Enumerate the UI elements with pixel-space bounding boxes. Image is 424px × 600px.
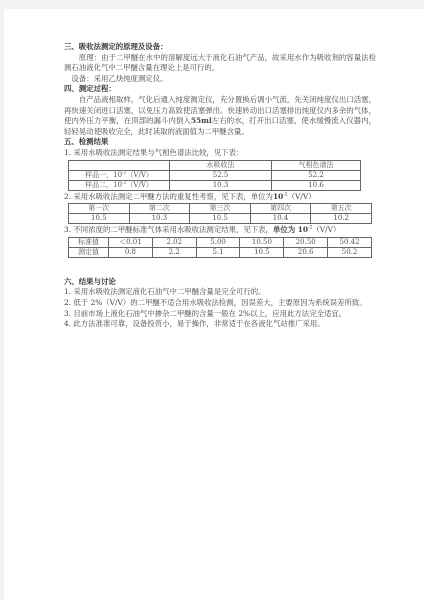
table-cell: ＜0.01 (109, 237, 153, 247)
table-cell: 10.6 (272, 180, 361, 190)
section-heading-4: 四、测定过程： (64, 84, 376, 95)
row-label: 样品一，10-2（V/V） (69, 170, 170, 180)
standard-gas-table: 标准值 ＜0.01 2.02 5.00 10.50 20.50 50.42 测定… (68, 237, 372, 258)
table-row: 样品一，10-2（V/V） 52.5 52.2 (69, 170, 361, 180)
table-header-row: 水吸收法 气相色谱法 (69, 160, 361, 170)
table-cell: 第二次 (129, 204, 190, 214)
table-cell: 10.2 (311, 214, 372, 224)
document-page: 三、吸收法测定的原理及设备： 原理：由于二甲醚在水中的溶解度远大于液化石油气产品… (4, 9, 424, 600)
section-heading-6: 六、结果与讨论 (64, 277, 376, 288)
table-row: 10.5 10.3 10.5 10.4 10.2 (69, 214, 372, 224)
equipment-paragraph: 设备：采用乙炔纯度测定仪。 (64, 74, 376, 85)
section-heading-5: 五、检测结果 (64, 137, 376, 148)
table-cell: 10.4 (250, 214, 311, 224)
conclusion-item-1: 1. 采用水吸收法测定液化石油气中二甲醚含量是完全可行的。 (64, 287, 376, 298)
table-cell: 5.1 (196, 247, 240, 257)
repeatability-table: 第一次 第二次 第三次 第四次 第五次 10.5 10.3 10.5 10.4 … (68, 203, 372, 224)
row-label: 样品二，10-2（V/V） (69, 180, 170, 190)
comparison-table: 水吸收法 气相色谱法 样品一，10-2（V/V） 52.5 52.2 样品二，1… (68, 160, 361, 191)
table-cell: 20.6 (284, 247, 328, 257)
table-cell: 20.50 (284, 237, 328, 247)
table-header-row: 第一次 第二次 第三次 第四次 第五次 (69, 204, 372, 214)
section-heading-3: 三、吸收法测定的原理及设备： (64, 42, 376, 53)
procedure-paragraph: 自产品液相取样，气化后通入纯度测定仪，充分置换后调小气流，先关闭纯度仪出口活塞，… (64, 95, 376, 137)
table-cell: 50.42 (328, 237, 372, 247)
table-cell: 2.02 (152, 237, 196, 247)
table-cell: 50.2 (328, 247, 372, 257)
spacer (64, 259, 376, 277)
result-item-2: 2. 采用水吸收法测定二甲醚方法的重复性考察，见下表，单位为10-2（V/V） (64, 192, 376, 203)
table-cell: 10.5 (190, 214, 251, 224)
table-cell: 气相色谱法 (272, 160, 361, 170)
table-cell: 0.8 (109, 247, 153, 257)
table-cell: 2.2 (152, 247, 196, 257)
table-row: 测定值 0.8 2.2 5.1 10.5 20.6 50.2 (69, 247, 372, 257)
table-cell: 52.5 (170, 170, 272, 180)
result-item-3: 3. 不同浓度的二甲醚标准气体采用水吸收法测定结果，见下表，单位为 10-2（V… (64, 225, 376, 236)
document-content: 三、吸收法测定的原理及设备： 原理：由于二甲醚在水中的溶解度远大于液化石油气产品… (64, 42, 376, 330)
procedure-volume: 55ml (191, 116, 212, 125)
table-cell: 52.2 (272, 170, 361, 180)
row-label: 测定值 (69, 247, 109, 257)
table-cell: 10.5 (240, 247, 284, 257)
table-cell: 5.00 (196, 237, 240, 247)
table-cell: 10.3 (170, 180, 272, 190)
row-label: 标准值 (69, 237, 109, 247)
table-cell: 10.3 (129, 214, 190, 224)
table-cell: 10.5 (69, 214, 130, 224)
principle-paragraph: 原理：由于二甲醚在水中的溶解度远大于液化石油气产品，故采用水作为吸收剂的容量法检… (64, 53, 376, 74)
table-cell: 第四次 (250, 204, 311, 214)
table-cell: 水吸收法 (170, 160, 272, 170)
table-cell: 第五次 (311, 204, 372, 214)
conclusion-item-2: 2. 低于 2%（V/V）的二甲醚不适合用水吸收法检测，因误差大，主要原因为系统… (64, 298, 376, 309)
conclusion-item-4: 4. 此方法准准可靠，设备投资小，易于操作，非常适于在各液化气站推广采用。 (64, 319, 376, 330)
table-cell (69, 160, 170, 170)
result-item-1: 1. 采用水吸收法测定结果与气相色谱法比较，见下表： (64, 148, 376, 159)
table-row: 标准值 ＜0.01 2.02 5.00 10.50 20.50 50.42 (69, 237, 372, 247)
table-cell: 10.50 (240, 237, 284, 247)
table-row: 样品二，10-2（V/V） 10.3 10.6 (69, 180, 361, 190)
conclusion-item-3: 3. 目前市场上液化石油气中掺杂二甲醚的含量一般在 2%以上，应用此方法完全适宜… (64, 309, 376, 320)
table-cell: 第一次 (69, 204, 130, 214)
table-cell: 第三次 (190, 204, 251, 214)
